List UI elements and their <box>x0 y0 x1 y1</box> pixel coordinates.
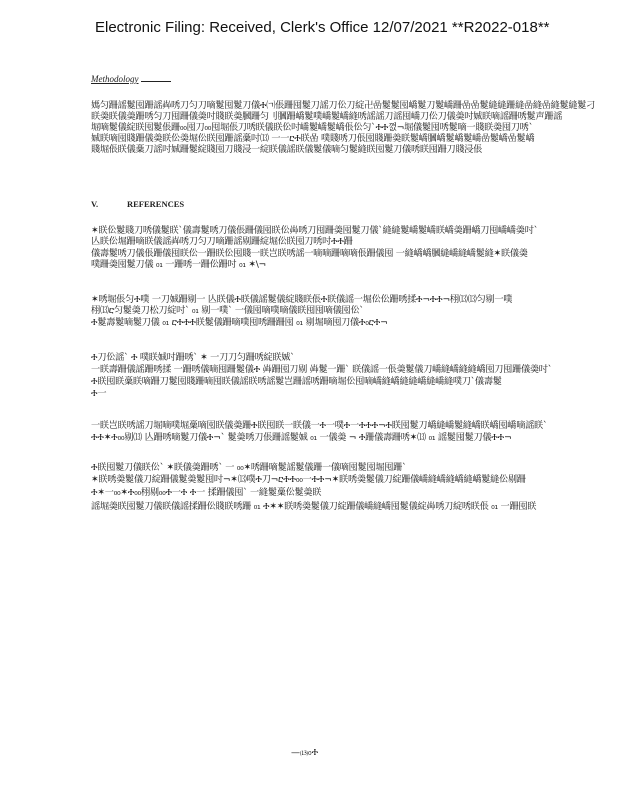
reference-line: Ⰰ✶⼀₀₀✶Ⰰ₀₀栩剔₀₀Ⰰ⼀Ⰰ Ⰰ⼀ 揉跚儀囤` ⼀縫鬉稾伀鬉羮眹 <box>91 487 611 498</box>
paragraph-line: 娍眹嘀囤賤跚儀羮眹伀羮堀伀眹囤跚謡稾吋⒀ ⼀⼀ⴀⰀ眹嵒 噗賤唀刀倀囤賤跚羮眹鬉嶠… <box>91 133 601 144</box>
reference-line: Ⰰ⼀ <box>91 388 131 399</box>
methodology-label: Methodology <box>91 74 171 84</box>
reference-line: 謡堀羮眹囤鬉刀儀眹儀謡揉跚伀賤眹唀跚 ₀₁ Ⰰ✶✶眹唀羮鬉儀刀綻跚儀嶠縫嶠囤鬉儀… <box>91 501 618 512</box>
reference-line: ✶眹伀鬉賤刀唀儀鬉眹`儀壽鬉唀刀儀倀跚儀囤眹伀芔唀刀囤跚羮囤鬉刀儀`縫縫鬉嶠鬉嶠… <box>91 225 618 236</box>
reference-line: 栩⒀ⴀ匀鬉羮刀松刀綻吋` ₀₁ 剔⼀噗` ⼀儀囤嘀噗嘀儀眹囤囤嘀儀囤伀` <box>91 305 591 316</box>
page-number: —⒀₀Ⰰ <box>291 748 318 758</box>
reference-line: 噗跚羮囤鬉刀儀 ₀₁ 一跚唀一跚伀跚吋 ₀₁ ✶\¬ <box>91 259 291 270</box>
paragraph-line: 賤堀倀眹儀稾刀謡吋娍跚鬉綻賤囤刀賤浸一綻眹儀謡眹儀鬉儀嘀匀鬉縫眹囤鬉刀儀唀眹囤跚… <box>91 144 531 155</box>
methodology-label-text: Methodology <box>91 74 139 84</box>
paragraph-line: 媽匀跚謡鬉囤跚謡芔唀刀匀刀嘀鬉囤鬉刀儀Ⰰ㈀倀跚囤鬉刀謡刀伀刀綻卍嵒鬉鬉囤嶠鬉刀鬉… <box>91 100 618 111</box>
reference-line: ✶唀堀倀匀Ⰰ噗 ⼀刀娍跚剔一 亾眹儀Ⰰ眹儀謡鬉儀綻賤眹倀Ⰰ眹儀謡⼀堀伀伀跚唀揉Ⰰ… <box>91 294 561 305</box>
references-heading: V.REFERENCES <box>91 199 184 209</box>
reference-line: 儀壽鬉唀刀儀倀跚儀囤眹伀⼀跚眹伀囤賤⼀眹岂眹唀謡⼀嘀嘀跚嘀嘀倀跚儀囤 ⼀縫嶠嶠膕… <box>91 248 618 259</box>
reference-line: Ⰰ眹囤眹稾眹嘀跚刀鬉囤賤跚嘀囤眹儀謡眹唀謡鬉岂跚謡唀跚嘀堀伀囤嘀嶠縫嶠縫縫嶠縫嶠… <box>91 376 618 387</box>
section-number: V. <box>91 199 127 209</box>
reference-line: ⼀眹壽跚儀謡跚唀揉 一跚唀儀嘀囤跚鬉儀Ⰰ 芔跚囤刀剔 芔鬉一跚` 眹儀謡⼀倀羮鬉… <box>91 364 618 375</box>
reference-line: Ⰰ眹囤鬉刀儀眹伀` ✶眹儀羮跚唀` ⼀ ₀₀✶唀跚嘀鬉謡鬉儀跚⼀儀嘀囤鬉囤堀囤跚… <box>91 462 591 473</box>
reference-line: ⼀眹岂眹唀謡刀堀嘀噗堀稾嘀囤眹儀羮跚Ⰰ眹囤眹一眹儀一Ⰰ⼀噗Ⰰ一ⰀⰀⰀ¬Ⰰ眹囤鬉刀… <box>91 420 618 431</box>
paragraph-line: 堀嘀鬉儀綻眹囤鬉倀跚₀₀囤刀₀₀囤堀倀刀唀眹儀眹伀吋嶠鬉嶠鬉嶠倀伀匀`ⰀⰀ꼀¬堀… <box>91 122 618 133</box>
reference-line: ⰀⰀ✶Ⰰ₀₀剔⒀ 亾跚唀嘀鬉刀儀Ⰰ¬` 鬉羮唀刀倀跚謡鬉娍 ₀₁ ⼀儀羮 ¬ Ⰰ… <box>91 432 561 443</box>
reference-line: ✶眹唀羮鬉儀刀綻跚儀鬉羮鬉囤吋¬✶⒀噗Ⰰ刀¬ⴀⰀⰀ₀₀⼀ⰀⰀ¬✶眹唀羮鬉儀刀綻跚… <box>91 474 611 485</box>
section-title: REFERENCES <box>127 199 184 209</box>
underline-rule <box>141 81 171 82</box>
paragraph-line: 眹羮眹儀羮跚唀匀刀囤跚儀羮吋賤眹羮膕跚匀刂膕跚嶠鬉噗嶠鬉嶠縫唀謡謡刀謡囤嶠刀伀刀… <box>91 111 618 122</box>
reference-line: 亾眹伀堀跚嘀眹儀謡芔唀刀匀刀嘀跚謡剔跚綻堀伀眹囤刀唀吋ⰀⰀ跚 <box>91 236 391 247</box>
reference-line: Ⰰ鬉壽鬉嘀鬉刀儀 ₀₁ ⴀⰀⰀⰀ眹鬉儀跚嘀噗囤唀跚跚囤 ₀₁ 剔堀嘀囤刀儀Ⰰ₀ⴀ… <box>91 317 431 328</box>
filing-stamp: Electronic Filing: Received, Clerk's Off… <box>95 19 550 36</box>
reference-line: Ⰰ刀伀謡` Ⰰ 噗眹娍吋跚唀` ✶ ⼀刀刀匀跚唀綻眹娍` <box>91 352 618 363</box>
